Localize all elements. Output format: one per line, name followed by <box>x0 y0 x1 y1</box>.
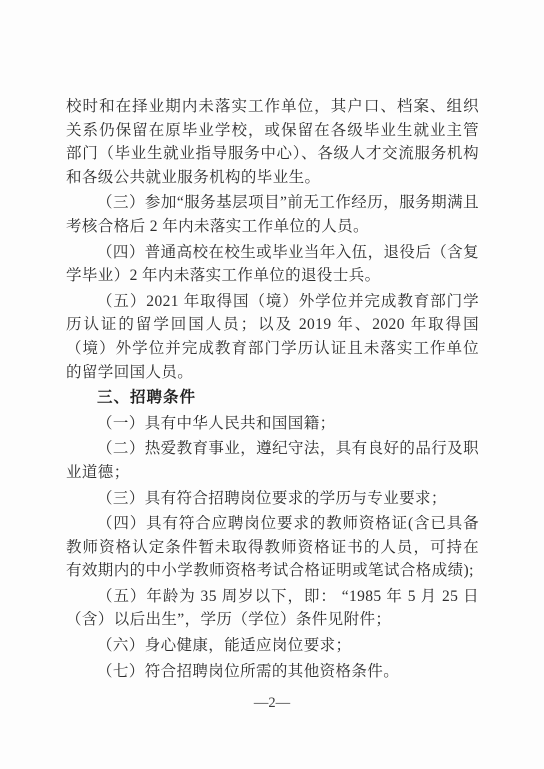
paragraph: （一）具有中华人民共和国国籍； <box>66 412 479 436</box>
document-body: 校时和在择业期内未落实工作单位，其户口、档案、组织关系仍保留在原毕业学校，或保留… <box>66 95 479 685</box>
paragraph: （五）2021 年取得国（境）外学位并完成教育部门学历认证的留学回国人员；以及 … <box>66 290 479 384</box>
paragraph: （四）具有符合应聘岗位要求的教师资格证(含已具备教师资格认定条件暂未取得教师资格… <box>66 512 479 583</box>
paragraph: （七）符合招聘岗位所需的其他资格条件。 <box>66 660 479 684</box>
paragraph: （四）普通高校在校生或毕业当年入伍，退役后（含复学毕业）2 年内未落实工作单位的… <box>66 241 479 288</box>
page-number: —2— <box>0 695 544 712</box>
paragraph: 校时和在择业期内未落实工作单位，其户口、档案、组织关系仍保留在原毕业学校，或保留… <box>66 95 479 189</box>
paragraph: （二）热爱教育事业，遵纪守法，具有良好的品行及职业道德； <box>66 437 479 484</box>
paragraph: （六）身心健康，能适应岗位要求； <box>66 634 479 658</box>
paragraph: （三）参加“服务基层项目”前无工作经历，服务期满且考核合格后 2 年内未落实工作… <box>66 191 479 238</box>
paragraph: （五）年龄为 35 周岁以下，即： “1985 年 5 月 25 日（含）以后出… <box>66 585 479 632</box>
section-heading: 三、招聘条件 <box>66 386 479 410</box>
document-page: 校时和在择业期内未落实工作单位，其户口、档案、组织关系仍保留在原毕业学校，或保留… <box>0 0 544 769</box>
paragraph: （三）具有符合招聘岗位要求的学历与专业要求； <box>66 487 479 511</box>
